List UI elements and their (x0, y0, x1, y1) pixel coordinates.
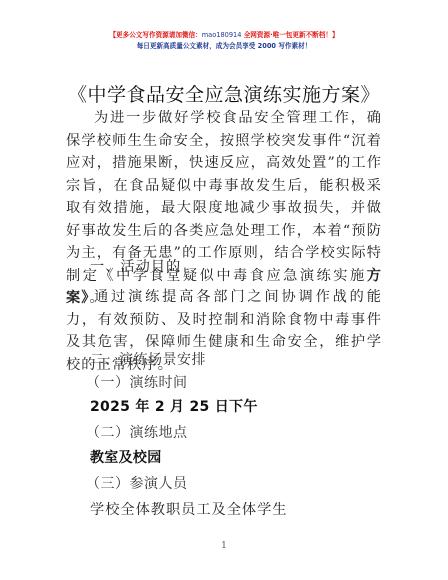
section-heading-scene: 二、演练场景安排 (90, 350, 206, 370)
value-participants: 学校全体教职员工及全体学生 (90, 500, 287, 520)
promo-banner-line-2: 每日更新高质量公文素材，成为会员享受 2000 写作素材！ (0, 42, 448, 51)
value-place: 教室及校园 (90, 448, 162, 468)
section-heading-purpose: 一、活动目的 (90, 257, 181, 277)
document-title: 《中学食品安全应急演练实施方案》 (0, 80, 448, 107)
document-page: 【更多公文写作资源请加微信：mao180914 全网资源·唯一包更新不断档！】 … (0, 0, 448, 580)
subheading-participants: （三）参演人员 (86, 474, 188, 494)
promo-banner-line-1: 【更多公文写作资源请加微信：mao180914 全网资源·唯一包更新不断档！】 (0, 31, 448, 40)
page-number: 1 (0, 541, 448, 551)
promo-suffix: 全网资源·唯一包更新不断档！】 (241, 31, 338, 39)
promo-prefix: 【更多公文写作资源请加微信： (109, 31, 201, 39)
promo-wechat-id: mao180914 (202, 31, 242, 39)
intro-paragraph: 为进一步做好学校食品安全管理工作，确保学校师生生命安全，按照学校突发事件“沉着应… (66, 107, 382, 310)
value-time: 2025 年 2 月 25 日下午 (90, 397, 258, 417)
subheading-time: （一）演练时间 (86, 373, 188, 393)
subheading-place: （二）演练地点 (86, 423, 188, 443)
